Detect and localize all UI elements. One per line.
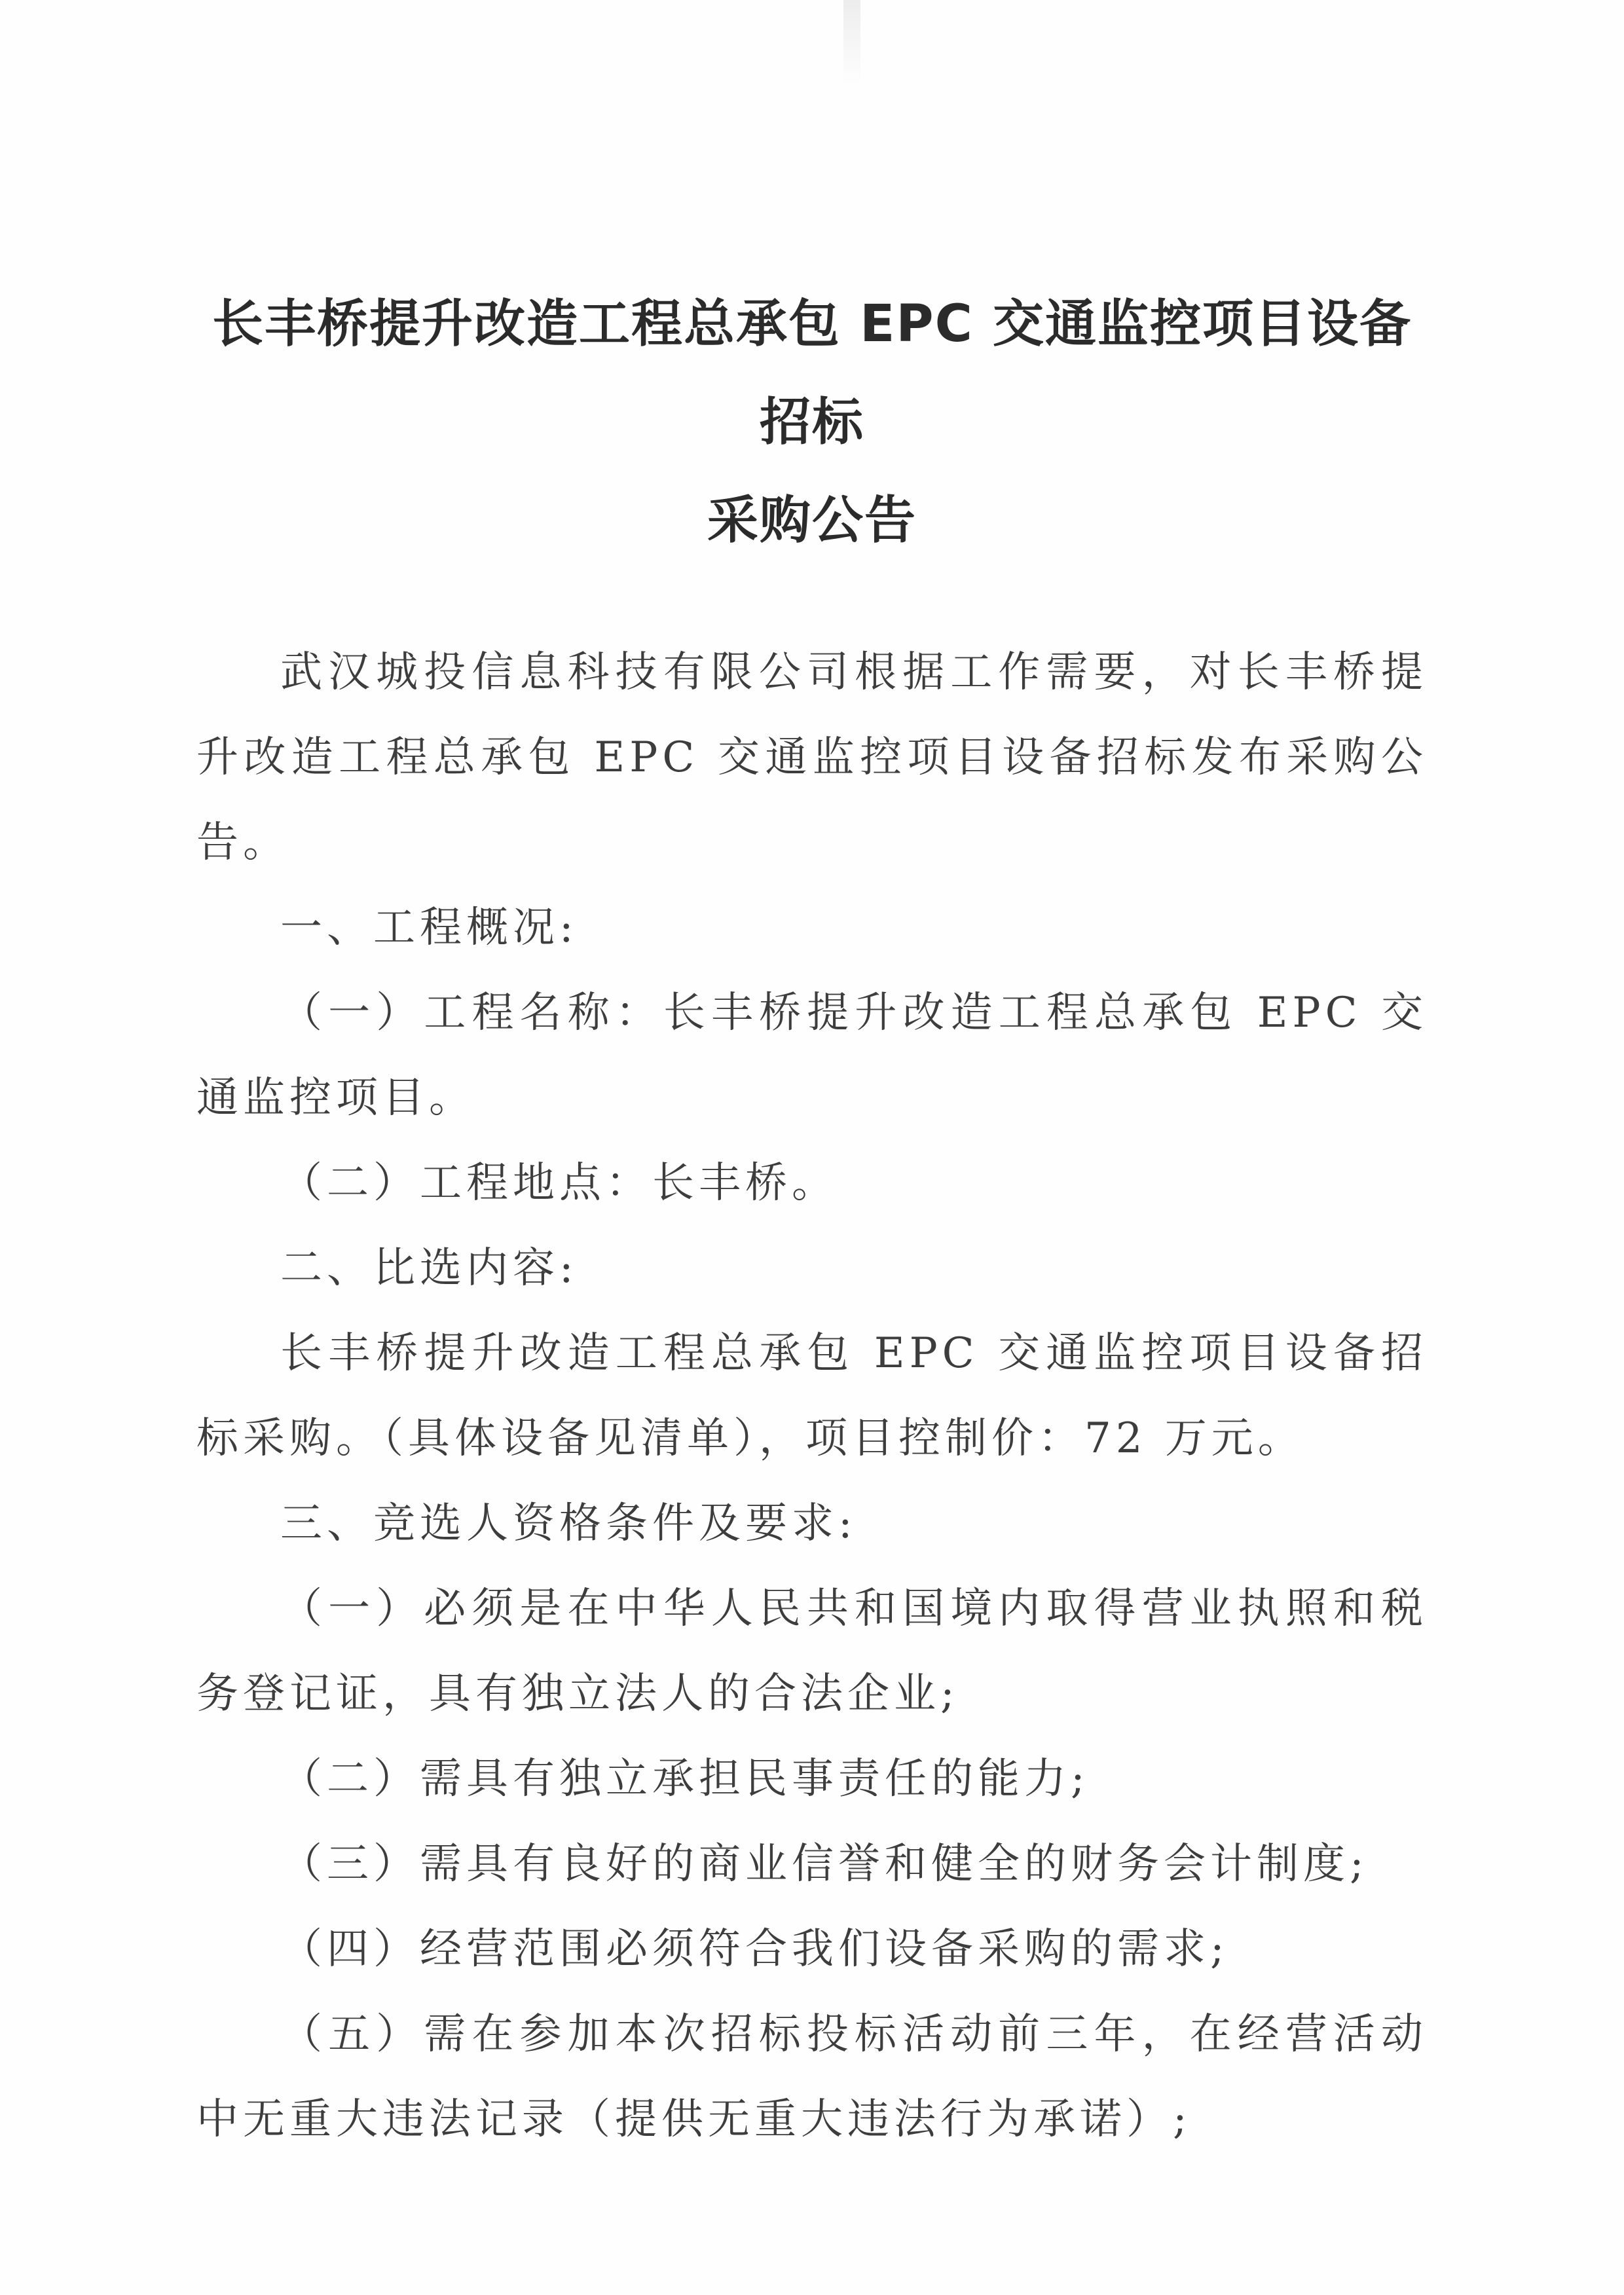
document-title-line1: 长丰桥提升改造工程总承包 EPC 交通监控项目设备招标 [196,275,1428,471]
section-3-item-4: （四）经营范围必须符合我们设备采购的需求; [196,1907,1428,1992]
section-1-item-1: （一）工程名称：长丰桥提升改造工程总承包 EPC 交通监控项目。 [196,970,1428,1141]
document-title: 长丰桥提升改造工程总承包 EPC 交通监控项目设备招标 采购公告 [196,275,1428,570]
document-page: 长丰桥提升改造工程总承包 EPC 交通监控项目设备招标 采购公告 武汉城投信息科… [0,0,1624,2295]
section-1-heading: 一、工程概况: [196,885,1428,970]
document-body: 武汉城投信息科技有限公司根据工作需要，对长丰桥提升改造工程总承包 EPC 交通监… [196,630,1428,2162]
section-3-item-1: （一）必须是在中华人民共和国境内取得营业执照和税务登记证，具有独立法人的合法企业… [196,1566,1428,1736]
section-2-heading: 二、比选内容: [196,1226,1428,1311]
section-3-item-2: （二）需具有独立承担民事责任的能力; [196,1736,1428,1822]
scan-artifact [843,0,860,85]
document-title-line2: 采购公告 [196,471,1428,570]
section-3-item-5: （五）需在参加本次招标投标活动前三年，在经营活动中无重大违法记录（提供无重大违法… [196,1992,1428,2162]
paragraph-intro: 武汉城投信息科技有限公司根据工作需要，对长丰桥提升改造工程总承包 EPC 交通监… [196,630,1428,885]
section-1-item-2: （二）工程地点：长丰桥。 [196,1141,1428,1226]
section-3-heading: 三、竞选人资格条件及要求: [196,1481,1428,1566]
section-3-item-3: （三）需具有良好的商业信誉和健全的财务会计制度; [196,1822,1428,1907]
section-2-content: 长丰桥提升改造工程总承包 EPC 交通监控项目设备招标采购。（具体设备见清单），… [196,1311,1428,1481]
